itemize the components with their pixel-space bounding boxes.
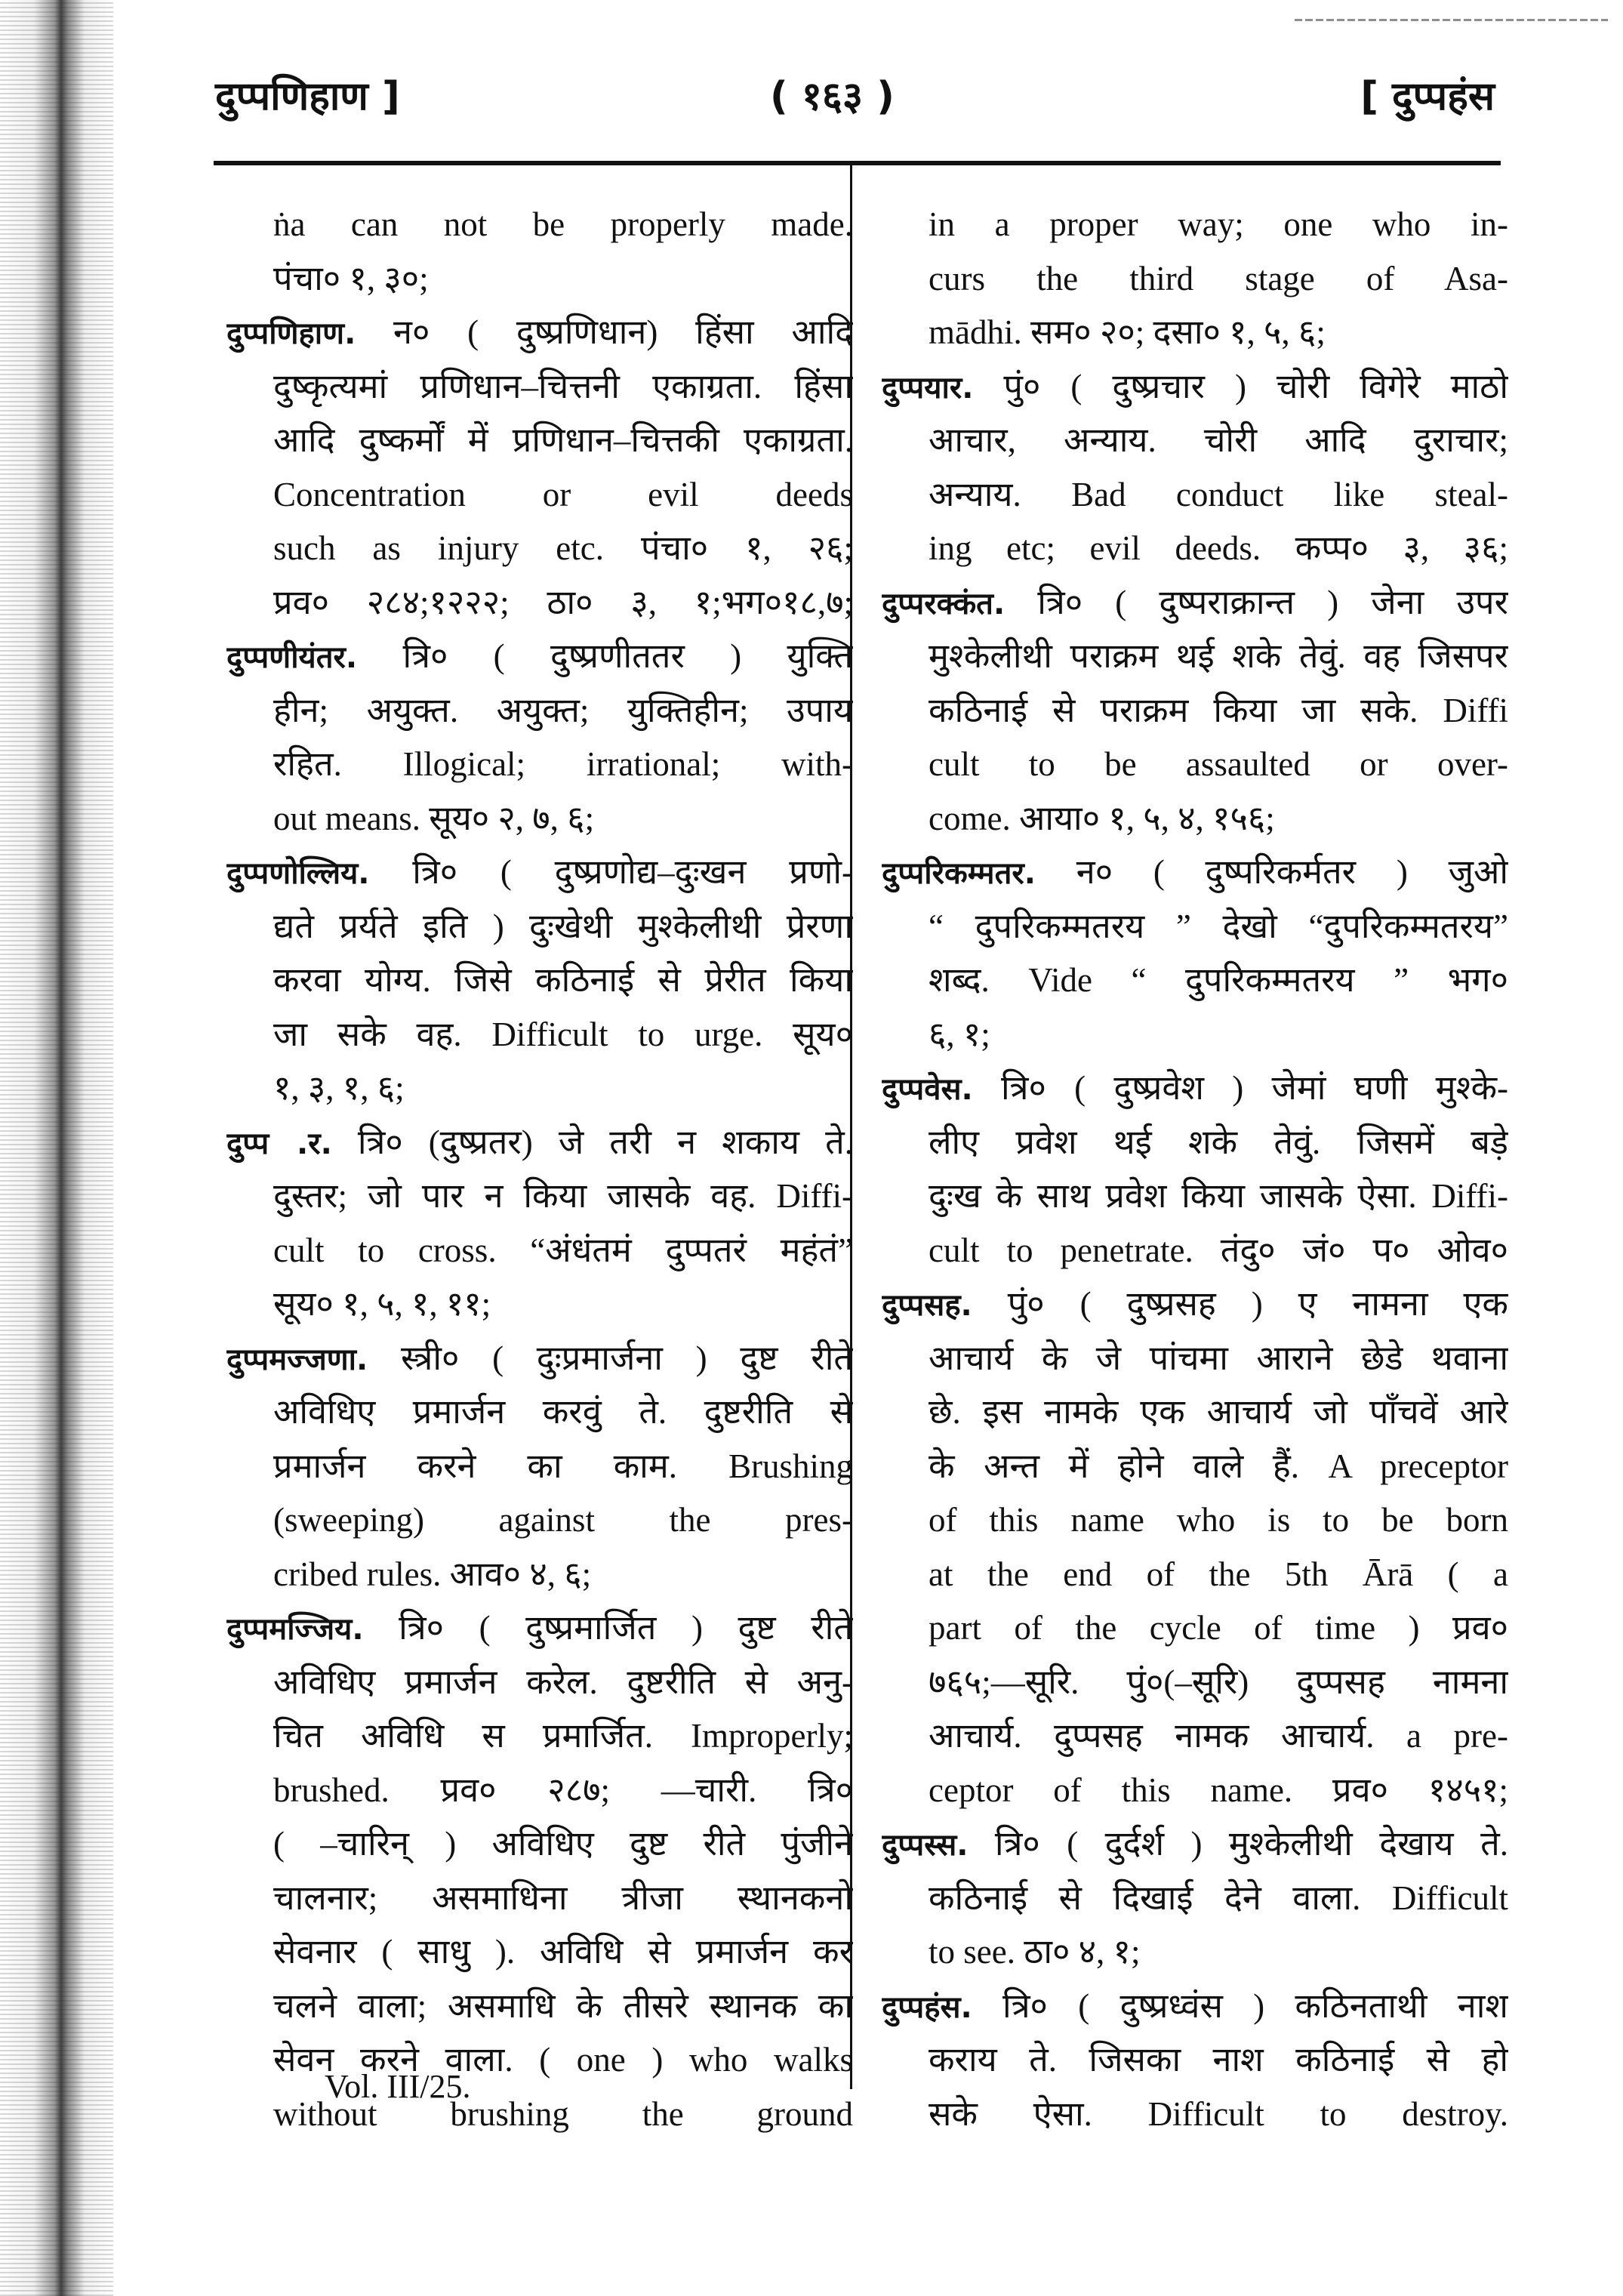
dictionary-entry-headline: दुप्प .र. त्रि० (दुष्प्रतर) जे तरी न शका… [226, 1116, 853, 1170]
left-column: ṅa can not be properly made.पंचा० १, ३०;… [226, 198, 853, 2141]
entry-text-line: प्रमार्जन करने का काम. Brushing [226, 1440, 853, 1494]
dictionary-entry-headline: दुप्पणीयंतर. त्रि० ( दुष्प्रणीततर ) युक्… [226, 630, 853, 684]
entry-text-line: out means. सूय० २, ७, ६; [226, 792, 853, 846]
entry-text-line: छे. इस नामके एक आचार्य जो पाँचवें आरे [882, 1385, 1508, 1440]
line-text: कराय ते. जिसका नाश कठिनाई से हो [929, 2041, 1508, 2079]
entry-text-line: के अन्त में होने वाले हैं. A preceptor [882, 1440, 1508, 1494]
dictionary-entry-headline: दुप्पणिहाण. न० ( दुष्प्रणिधान) हिंसा आदि [226, 306, 853, 360]
headword: दुप्पस्स. [882, 1828, 968, 1863]
entry-text-line: करवा योग्य. जिसे कठिनाई से प्रेरीत किया [226, 954, 853, 1008]
line-text: चालनार; असमाधिना त्रीजा स्थानकनो [273, 1879, 853, 1917]
line-text: दुःख के साथ प्रवेश किया जासके ऐसा. Diffi… [929, 1177, 1508, 1215]
line-text: cribed rules. आव० ४, ६; [273, 1555, 591, 1593]
entry-text-line: चालनार; असमाधिना त्रीजा स्थानकनो [226, 1872, 853, 1926]
line-text: at the end of the 5th Ārā ( a [929, 1555, 1508, 1593]
line-text: cult to cross. “अंधंतमं दुप्पतरं महंतं” [273, 1231, 853, 1269]
line-text: त्रि० ( दुष्पराक्रान्त ) जेना उपर [1005, 584, 1508, 621]
entry-text-line: ceptor of this name. प्रव० १४५१; [882, 1764, 1508, 1818]
line-text: त्रि० ( दुष्प्रवेश ) जेमां घणी मुश्के- [973, 1069, 1508, 1107]
line-text: आचार, अन्याय. चोरी आदि दुराचार; [929, 421, 1508, 459]
line-text: in a proper way; one who in- [929, 205, 1508, 243]
line-text: brushed. प्रव० २८७; —चारी. त्रि० [273, 1771, 853, 1809]
line-text: सके ऐसा. Difficult to destroy. [929, 2095, 1508, 2133]
line-text: of this name who is to be born [929, 1501, 1508, 1539]
right-column: in a proper way; one who in-curs the thi… [882, 198, 1508, 2141]
line-text: त्रि० (दुष्प्रतर) जे तरी न शकाय ते. [332, 1123, 853, 1161]
entry-text-line: चलने वाला; असमाधि के तीसरे स्थानक का [226, 1980, 853, 2034]
headword: दुप्पमज्जिय. [226, 1612, 364, 1647]
scanned-binding-edge [0, 0, 113, 2296]
line-text: त्रि० ( दुष्प्रणीततर ) युक्ति [357, 637, 853, 675]
line-text: त्रि० ( दुर्दर्श ) मुश्केलीथी देखाय ते. [968, 1825, 1508, 1863]
page-header: दुप्पणिहाण ] ( १६३ ) [ दुप्पहंस [215, 68, 1495, 151]
line-text: out means. सूय० २, ७, ६; [273, 800, 594, 837]
line-text: के अन्त में होने वाले हैं. A preceptor [929, 1447, 1508, 1485]
entry-text-line: (sweeping) against the pres- [226, 1493, 853, 1548]
entry-text-line: आचार, अन्याय. चोरी आदि दुराचार; [882, 414, 1508, 468]
line-text: अविधिए प्रमार्जन करवुं ते. दुष्टरीति से [273, 1393, 853, 1431]
line-text: सूय० १, ५, १, ११; [273, 1285, 491, 1323]
entry-text-line: brushed. प्रव० २८७; —चारी. त्रि० [226, 1764, 853, 1818]
entry-text-line: द्यते प्रर्यते इति ) दुःखेथी मुश्केलीथी … [226, 900, 853, 954]
line-text: कठिनाई से दिखाई देने वाला. Difficult [929, 1879, 1508, 1917]
dictionary-entry-headline: दुप्पमज्जणा. स्त्री० ( दुःप्रमार्जना ) द… [226, 1332, 853, 1386]
entry-text-line: चित अविधि स प्रमार्जित. Improperly; [226, 1709, 853, 1764]
entry-text-line: Concentration or evil deeds [226, 468, 853, 522]
line-text: करवा योग्य. जिसे कठिनाई से प्रेरीत किया [273, 961, 853, 999]
entry-text-line: to see. ठा० ४, १; [882, 1925, 1508, 1980]
entry-text-line: मुश्केलीथी पराक्रम थई शके तेवुं. वह जिसप… [882, 630, 1508, 684]
line-text: अविधिए प्रमार्जन करेल. दुष्टरीति से अनु- [273, 1663, 853, 1701]
line-text: “ दुपरिकम्मतरय ” देखो “दुपरिकम्मतरय” [929, 908, 1508, 945]
dictionary-entry-headline: दुप्पहंस. त्रि० ( दुष्प्रध्वंस ) कठिनताथ… [882, 1980, 1508, 2034]
line-text: रहित. Illogical; irrational; with- [273, 745, 853, 783]
headword: दुप्प .र. [226, 1126, 332, 1161]
entry-text-line: cult to cross. “अंधंतमं दुप्पतरं महंतं” [226, 1224, 853, 1278]
line-text: १, ३, १, ६; [273, 1069, 405, 1107]
dictionary-entry-headline: दुप्पणोल्लिय. त्रि० ( दुष्प्रणोद्य–दुःखन… [226, 846, 853, 900]
headword: दुप्पहंस. [882, 1990, 972, 2025]
line-text: mādhi. सम० २०; दसा० १, ५, ६; [929, 313, 1326, 351]
entry-text-line: जा सके वह. Difficult to urge. सूय० [226, 1008, 853, 1062]
line-text: त्रि० ( दुष्प्रणोद्य–दुःखन प्रणो- [369, 853, 853, 891]
dictionary-entry-headline: दुप्पयार. पुं० ( दुष्प्रचार ) चोरी विगेर… [882, 360, 1508, 415]
entry-text-line: दुःख के साथ प्रवेश किया जासके ऐसा. Diffi… [882, 1170, 1508, 1224]
entry-text-line: ing etc; evil deeds. कप्प० ३, ३६; [882, 522, 1508, 576]
entry-text-line: अविधिए प्रमार्जन करेल. दुष्टरीति से अनु- [226, 1656, 853, 1710]
line-text: ७६५;—सूरि. पुं०(–सूरि) दुप्पसह नामना [929, 1663, 1508, 1701]
scan-artifact-line [1295, 19, 1608, 21]
line-text: आचार्य के जे पांचमा आराने छेडे थवाना [929, 1339, 1508, 1377]
left-guide-word: दुप्पणिहाण ] [215, 68, 400, 122]
headword: दुप्परक्कंत. [882, 587, 1005, 621]
line-text: ṅa can not be properly made. [273, 205, 853, 243]
entry-text-line: curs the third stage of Asa- [882, 252, 1508, 307]
line-text: (sweeping) against the pres- [273, 1501, 853, 1539]
line-text: come. आया० १, ५, ४, १५६; [929, 800, 1275, 837]
entry-text-line: लीए प्रवेश थई शके तेवुं. जिसमें बड़े [882, 1116, 1508, 1170]
line-text: ceptor of this name. प्रव० १४५१; [929, 1771, 1508, 1809]
line-text: पुं० ( दुष्प्रसह ) ए नामना एक [972, 1285, 1508, 1323]
entry-text-line: cribed rules. आव० ४, ६; [226, 1548, 853, 1602]
line-text: cult to be assaulted or over- [929, 745, 1508, 783]
line-text: प्रव० २८४;१२२२; ठा० ३, १;भग०१८,७; [273, 584, 853, 621]
line-text: curs the third stage of Asa- [929, 260, 1508, 297]
dictionary-entry-headline: दुप्पमज्जिय. त्रि० ( दुष्प्रमार्जित ) दु… [226, 1601, 853, 1656]
line-text: स्त्री० ( दुःप्रमार्जना ) दुष्ट रीते [368, 1339, 853, 1377]
line-text: प्रमार्जन करने का काम. Brushing [273, 1447, 853, 1485]
line-text: cult to penetrate. तंदु० जं० प० ओव० [929, 1231, 1508, 1269]
line-text: मुश्केलीथी पराक्रम थई शके तेवुं. वह जिसप… [929, 637, 1508, 675]
entry-text-line: of this name who is to be born [882, 1493, 1508, 1548]
right-guide-word: [ दुप्पहंस [1360, 68, 1495, 122]
entry-text-line: cult to be assaulted or over- [882, 738, 1508, 792]
entry-text-line: रहित. Illogical; irrational; with- [226, 738, 853, 792]
entry-text-line: हीन; अयुक्त. अयुक्त; युक्तिहीन; उपाय [226, 684, 853, 738]
entry-text-line: शब्द. Vide “ दुपरिकम्मतरय ” भग० [882, 954, 1508, 1008]
entry-text-line: such as injury etc. पंचा० १, २६; [226, 522, 853, 576]
line-text: आचार्य. दुप्पसह नामक आचार्य. a pre- [929, 1717, 1508, 1755]
volume-signature: Vol. III/25. [325, 2067, 471, 2106]
headword: दुप्पणोल्लिय. [226, 856, 369, 891]
line-text: ing etc; evil deeds. कप्प० ३, ३६; [929, 529, 1508, 567]
entry-text-line: सेवनार ( साधु ). अविधि से प्रमार्जन कर [226, 1925, 853, 1980]
headword: दुप्पणीयंतर. [226, 640, 357, 675]
entry-text-line: आचार्य के जे पांचमा आराने छेडे थवाना [882, 1332, 1508, 1386]
line-text: चित अविधि स प्रमार्जित. Improperly; [273, 1717, 853, 1755]
entry-text-line: at the end of the 5th Ārā ( a [882, 1548, 1508, 1602]
line-text: अन्याय. Bad conduct like steal- [929, 476, 1508, 513]
entry-text-line: mādhi. सम० २०; दसा० १, ५, ६; [882, 306, 1508, 360]
entry-text-line: cult to penetrate. तंदु० जं० प० ओव० [882, 1224, 1508, 1278]
dictionary-entry-headline: दुप्पवेस. त्रि० ( दुष्प्रवेश ) जेमां घणी… [882, 1062, 1508, 1116]
headword: दुप्पणिहाण. [226, 316, 356, 351]
entry-text-line: आचार्य. दुप्पसह नामक आचार्य. a pre- [882, 1709, 1508, 1764]
entry-text-line: “ दुपरिकम्मतरय ” देखो “दुपरिकम्मतरय” [882, 900, 1508, 954]
headword: दुप्पवेस. [882, 1072, 973, 1107]
entry-text-line: सके ऐसा. Difficult to destroy. [882, 2088, 1508, 2142]
page-number: ( १६३ ) [770, 68, 895, 122]
headword: दुप्पमज्जणा. [226, 1342, 368, 1377]
headword: दुप्पसह. [882, 1288, 972, 1323]
entry-text-line: कठिनाई से पराक्रम किया जा सके. Diffi [882, 684, 1508, 738]
entry-text-line: दुस्तर; जो पार न किया जासके वह. Diffi- [226, 1170, 853, 1224]
entry-text-line: part of the cycle of time ) प्रव० [882, 1601, 1508, 1656]
headword: दुप्पयार. [882, 371, 973, 405]
entry-text-line: ७६५;—सूरि. पुं०(–सूरि) दुप्पसह नामना [882, 1656, 1508, 1710]
line-text: पुं० ( दुष्प्रचार ) चोरी विगेरे माठो [973, 368, 1508, 405]
line-text: द्यते प्रर्यते इति ) दुःखेथी मुश्केलीथी … [273, 908, 853, 945]
entry-text-line: without brushing the ground [226, 2088, 853, 2142]
line-text: ६, १; [929, 1015, 990, 1053]
header-rule [214, 161, 1501, 165]
entry-text-line: ६, १; [882, 1008, 1508, 1062]
dictionary-entry-headline: दुप्परक्कंत. त्रि० ( दुष्पराक्रान्त ) जे… [882, 576, 1508, 630]
entry-text-line: आदि दुष्कर्मों में प्रणिधान–चित्तकी एकाग… [226, 414, 853, 468]
line-text: चलने वाला; असमाधि के तीसरे स्थानक का [273, 1987, 853, 2025]
entry-text-line: कठिनाई से दिखाई देने वाला. Difficult [882, 1872, 1508, 1926]
line-text: दुस्तर; जो पार न किया जासके वह. Diffi- [273, 1177, 853, 1215]
line-text: आदि दुष्कर्मों में प्रणिधान–चित्तकी एकाग… [273, 421, 853, 459]
line-text: न० ( दुष्परिकर्मतर ) जुओ [1036, 853, 1508, 891]
entry-text-line: अविधिए प्रमार्जन करवुं ते. दुष्टरीति से [226, 1385, 853, 1440]
entry-text-line: सूय० १, ५, १, ११; [226, 1277, 853, 1332]
line-text: हीन; अयुक्त. अयुक्त; युक्तिहीन; उपाय [273, 692, 853, 729]
line-text: लीए प्रवेश थई शके तेवुं. जिसमें बड़े [929, 1123, 1508, 1161]
line-text: पंचा० १, ३०; [273, 260, 429, 297]
entry-text-line: प्रव० २८४;१२२२; ठा० ३, १;भग०१८,७; [226, 576, 853, 630]
entry-text-line: ṅa can not be properly made. [226, 198, 853, 252]
line-text: जा सके वह. Difficult to urge. सूय० [273, 1015, 853, 1053]
line-text: न० ( दुष्प्रणिधान) हिंसा आदि [356, 313, 853, 351]
line-text: कठिनाई से पराक्रम किया जा सके. Diffi [929, 692, 1508, 729]
line-text: शब्द. Vide “ दुपरिकम्मतरय ” भग० [929, 961, 1508, 999]
line-text: ( –चारिन् ) अविधिए दुष्ट रीते पुंजीने [273, 1825, 853, 1863]
dictionary-entry-headline: दुप्पस्स. त्रि० ( दुर्दर्श ) मुश्केलीथी … [882, 1817, 1508, 1872]
line-text: part of the cycle of time ) प्रव० [929, 1609, 1508, 1647]
entry-text-line: सेवन करने वाला. ( one ) who walks [226, 2033, 853, 2088]
line-text: त्रि० ( दुष्प्रध्वंस ) कठिनताथी नाश [972, 1987, 1508, 2025]
entry-text-line: पंचा० १, ३०; [226, 252, 853, 307]
entry-text-line: अन्याय. Bad conduct like steal- [882, 468, 1508, 522]
entry-text-line: in a proper way; one who in- [882, 198, 1508, 252]
dictionary-entry-headline: दुप्परिकम्मतर. न० ( दुष्परिकर्मतर ) जुओ [882, 846, 1508, 900]
entry-text-line: १, ३, १, ६; [226, 1062, 853, 1116]
dictionary-entry-headline: दुप्पसह. पुं० ( दुष्प्रसह ) ए नामना एक [882, 1277, 1508, 1332]
entry-text-line: ( –चारिन् ) अविधिए दुष्ट रीते पुंजीने [226, 1817, 853, 1872]
line-text: दुष्कृत्यमां प्रणिधान–चित्तनी एकाग्रता. … [273, 368, 853, 405]
entry-text-line: कराय ते. जिसका नाश कठिनाई से हो [882, 2033, 1508, 2088]
line-text: such as injury etc. पंचा० १, २६; [273, 529, 853, 567]
entry-text-line: come. आया० १, ५, ४, १५६; [882, 792, 1508, 846]
line-text: छे. इस नामके एक आचार्य जो पाँचवें आरे [929, 1393, 1508, 1431]
line-text: to see. ठा० ४, १; [929, 1933, 1140, 1971]
entry-text-line: दुष्कृत्यमां प्रणिधान–चित्तनी एकाग्रता. … [226, 360, 853, 415]
line-text: सेवनार ( साधु ). अविधि से प्रमार्जन कर [273, 1933, 853, 1971]
headword: दुप्परिकम्मतर. [882, 856, 1036, 891]
line-text: त्रि० ( दुष्प्रमार्जित ) दुष्ट रीते [364, 1609, 853, 1647]
line-text: Concentration or evil deeds [273, 476, 853, 513]
